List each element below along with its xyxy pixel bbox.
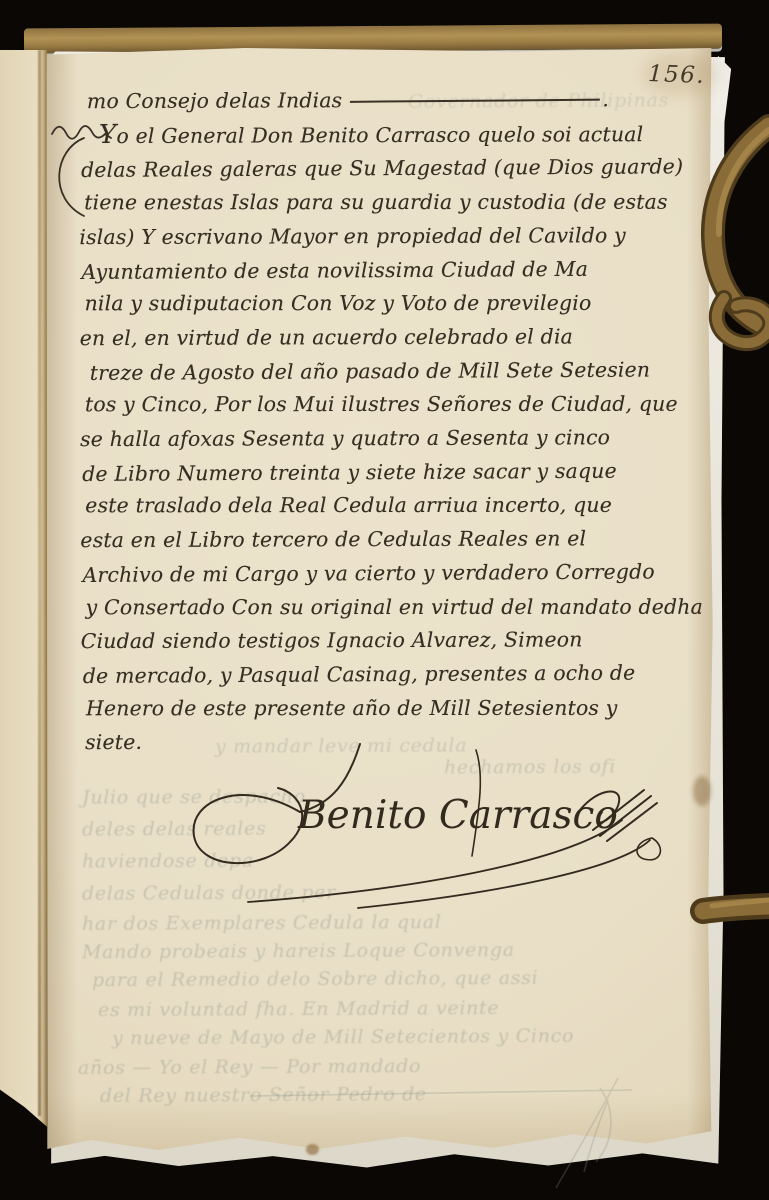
manuscript-line: de Libro Numero treinta y siete hize sac… [82,454,720,492]
manuscript-line: Archivo de mi Cargo y va cierto y verdad… [82,555,720,593]
manuscript-line: Ayuntamiento de esta novilissima Ciudad … [81,252,719,290]
manuscript-line: delas Reales galeras que Su Magestad (qu… [81,150,719,188]
manuscript-heading: mo Consejo delas Indias. [87,83,719,119]
manuscript-line: de mercado, y Pasqual Casinag, presentes… [83,656,721,694]
signature-tail-2 [358,840,650,908]
signature-loop [194,788,303,863]
ink-stain [693,776,711,806]
manuscript-line: esta en el Libro tercero de Cedulas Real… [80,522,720,558]
manuscript-lines: Yo el General Don Benito Carrasco quelo … [79,117,721,761]
bleedthrough-line: del Rey nuestro Señor Pedro de [100,1083,427,1107]
manuscript-line: Ciudad siendo testigos Ignacio Alvarez, … [81,623,721,659]
bleedthrough-line: años — Yo el Rey — Por mandado [78,1055,421,1079]
manuscript-line: tos y Cinco, Por los Mui ilustres Señore… [85,388,720,422]
manuscript-text: mo Consejo delas Indias. Yo el General D… [79,83,721,760]
manuscript-line: este traslado dela Real Cedula arriua in… [85,489,720,523]
edge-stain [306,1144,319,1155]
manuscript-line: islas) Y escrivano Mayor en propiedad de… [79,219,719,255]
bleedthrough-line: es mi voluntad fha. En Madrid a veinte [98,997,499,1021]
heading-text: mo Consejo delas Indias [87,88,343,113]
manuscript-line: y Consertado Con su original en virtud d… [86,590,721,624]
gutter-crease [38,50,41,1116]
heading-rule [350,99,600,103]
manuscript-line: se halla afoxas Sesenta y quatro a Sesen… [80,421,720,457]
signature-name: Benito Carrasco [297,793,618,838]
manuscript-line: nila y sudiputacion Con Voz y Voto de pr… [85,287,720,321]
manuscript-line: treze de Agosto del año pasado de Mill S… [90,353,720,391]
manuscript-scan: Governador de Philipinasy mandar leve mi… [0,0,769,1200]
manuscript-line: tiene enestas Islas para su guardia y cu… [84,186,719,220]
bleedthrough-line: para el Remedio delo Sobre dicho, que as… [92,967,539,991]
signature-benito-carrasco: Benito Carrasco [150,740,670,918]
bleedthrough-line: y nueve de Mayo de Mill Setecientos y Ci… [112,1025,574,1049]
book-top-edge [24,24,722,54]
manuscript-line: Yo el General Don Benito Carrasco quelo … [99,117,719,154]
bleedthrough-line: Mando probeais y hareis Loque Convenga [82,939,515,963]
heading-dot: . [602,87,609,111]
manuscript-line: en el, en virtud de un acuerdo celebrado… [80,320,720,356]
manuscript-line: Henero de este presente año de Mill Sete… [86,691,721,725]
